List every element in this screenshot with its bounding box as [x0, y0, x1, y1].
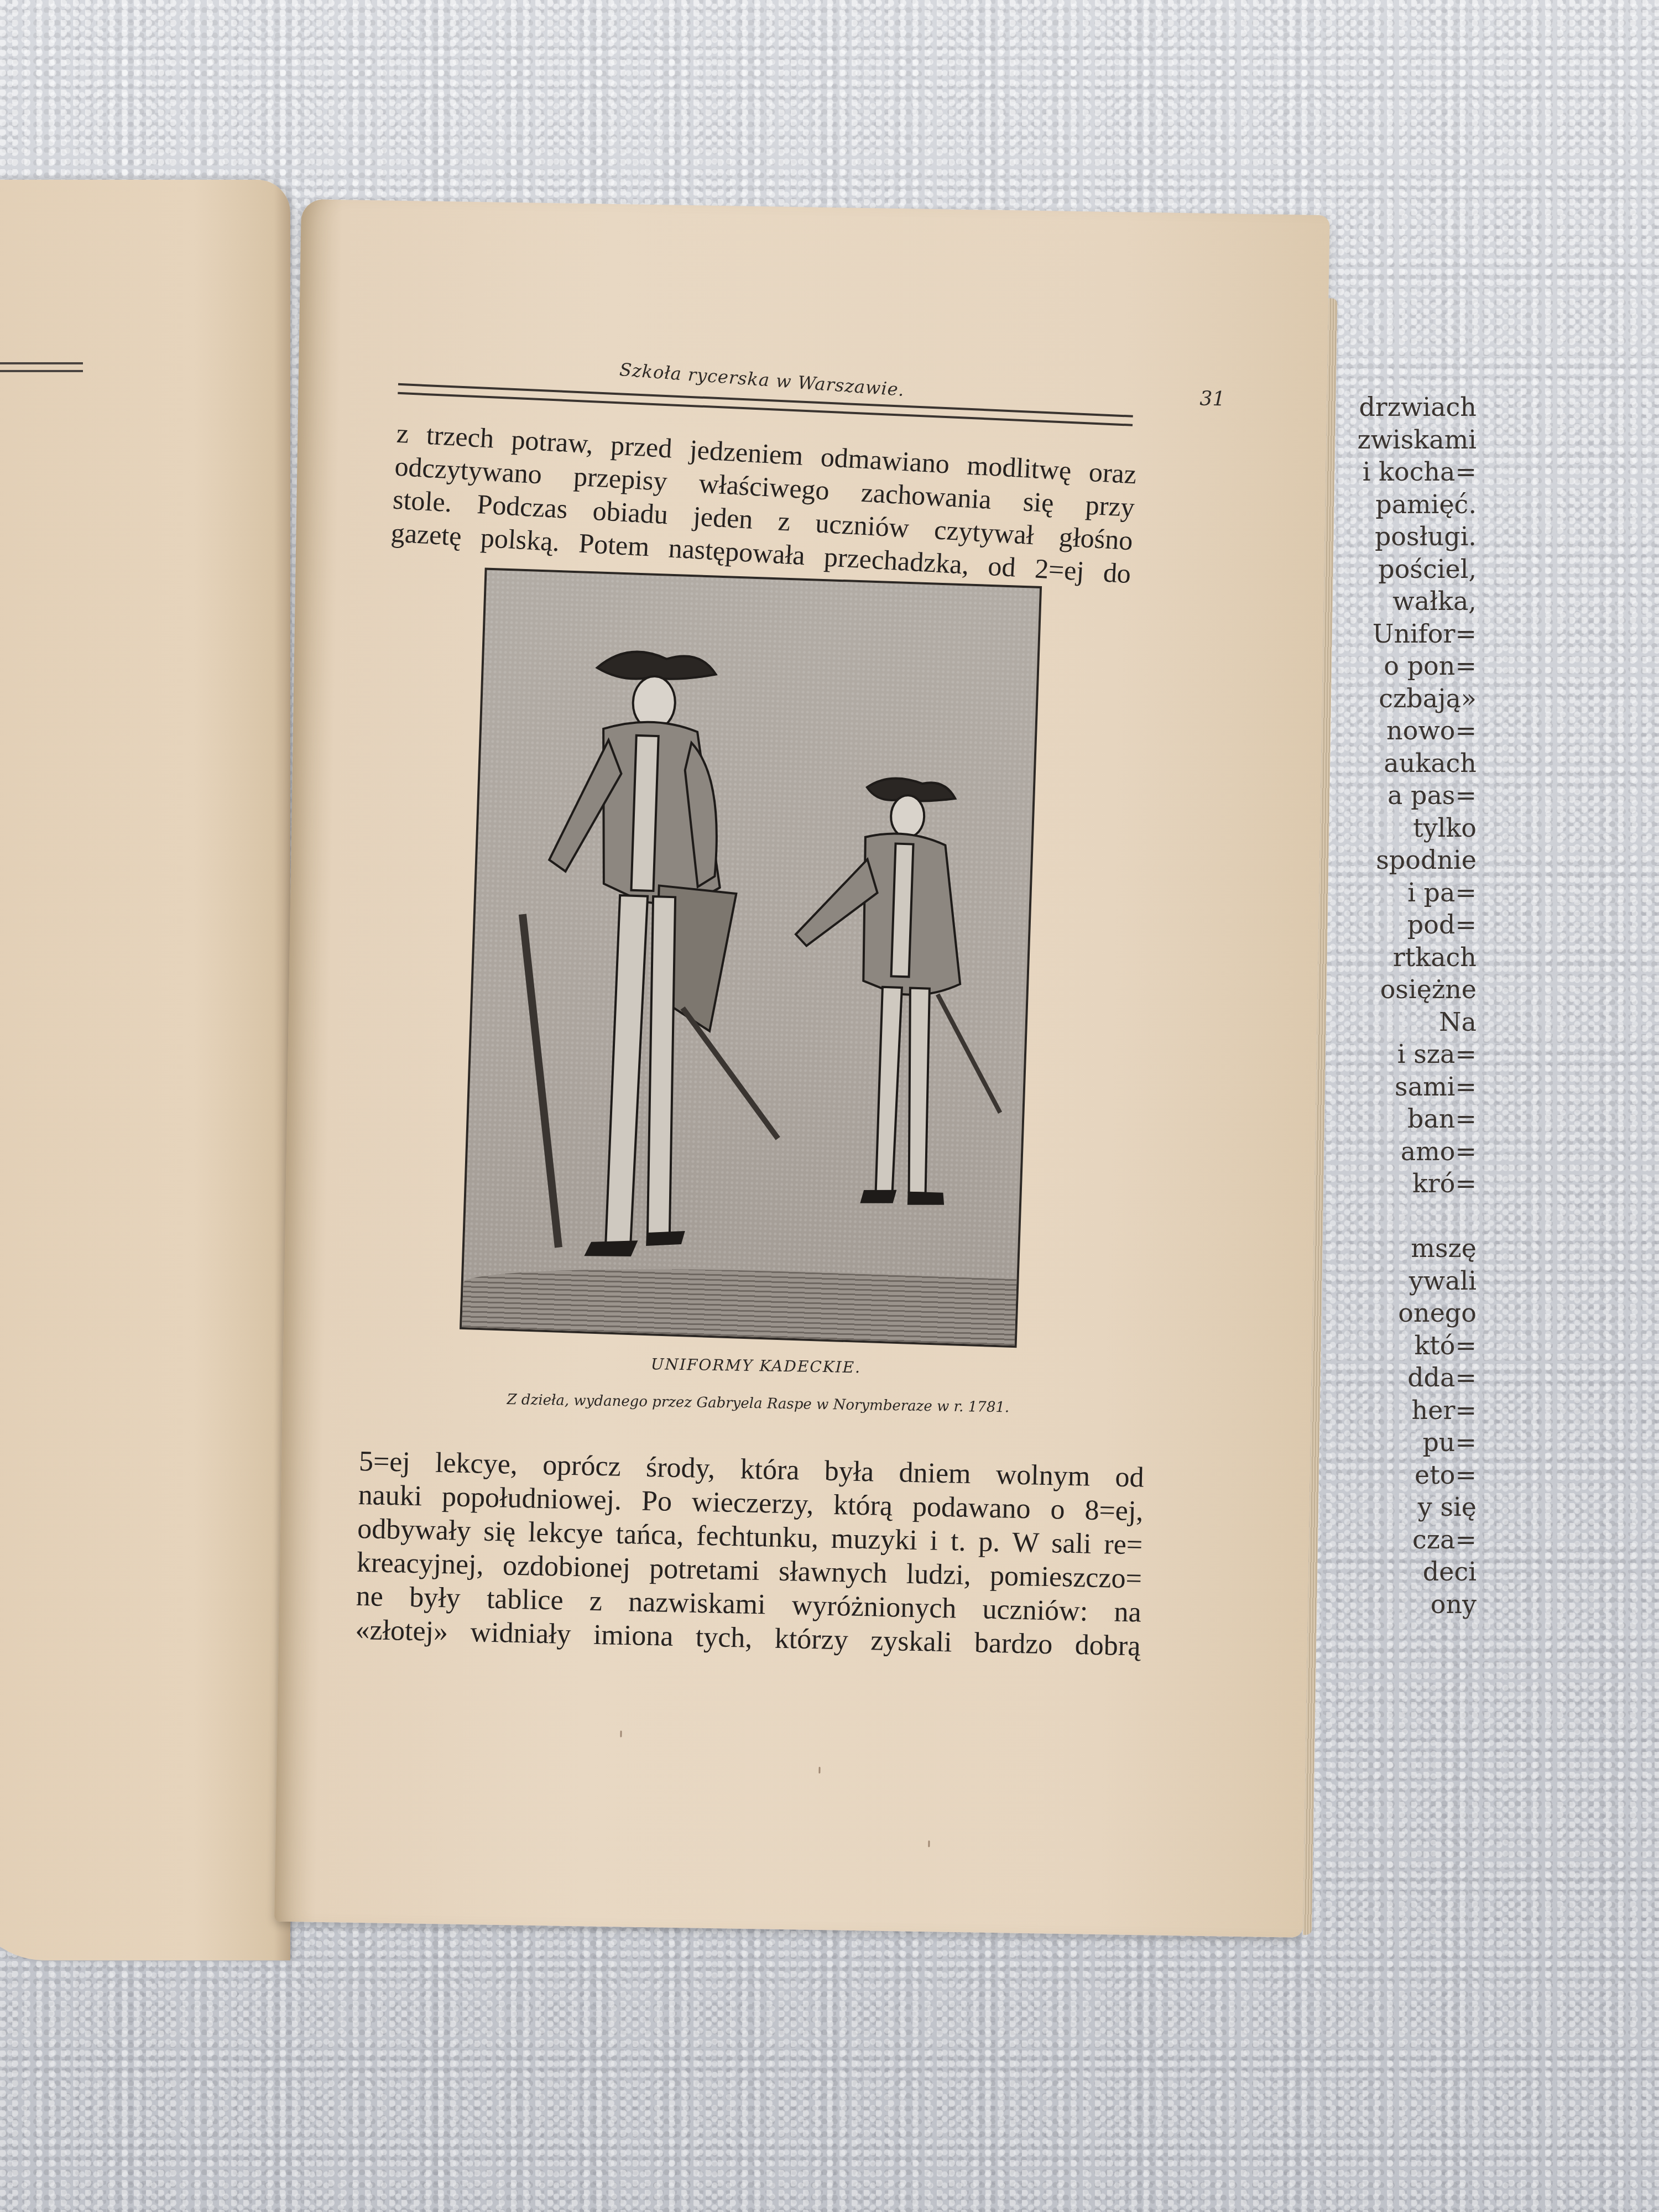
paper-foxing-spot	[928, 1840, 930, 1847]
left-page-line: ywali	[1357, 1265, 1477, 1297]
left-page-line: i sza=	[1357, 1038, 1477, 1071]
left-page-line: Unifor=	[1357, 618, 1477, 650]
left-page-line: her=	[1357, 1394, 1477, 1427]
left-page-line: posługi.	[1357, 520, 1477, 553]
figure-caption-title: UNIFORMY KADECKIE.	[535, 1353, 977, 1379]
right-page: Szkoła rycerska w Warszawie. 31 z trzech…	[274, 199, 1330, 1938]
left-page-line: pod=	[1357, 909, 1477, 941]
left-page-line: rtkach	[1357, 941, 1477, 974]
left-header-rule	[0, 362, 83, 372]
left-page-line: cza=	[1357, 1524, 1477, 1556]
left-page-line: zwiskami	[1357, 424, 1477, 456]
left-page-line: eto=	[1357, 1459, 1477, 1491]
left-page-line: a pas=	[1357, 779, 1477, 812]
left-page-line: wałka,	[1357, 585, 1477, 618]
left-page-line: deci	[1357, 1556, 1477, 1588]
left-page-text-fragments: drzwiachzwiskamii kocha=pamięć.posługi.p…	[1357, 391, 1477, 1620]
left-page-line: czbają»	[1357, 682, 1477, 715]
left-page-line: pościel,	[1357, 553, 1477, 586]
left-page-line: i kocha=	[1357, 456, 1477, 488]
left-page-line: sami=	[1357, 1071, 1477, 1103]
paper-foxing-spot	[620, 1730, 622, 1737]
left-page-line: onego	[1357, 1297, 1477, 1329]
left-page-line: ony	[1357, 1588, 1477, 1621]
left-page-line: Na	[1357, 1006, 1477, 1039]
left-page-line: nowo=	[1357, 714, 1477, 747]
running-head: Szkoła rycerska w Warszawie. 31	[398, 361, 1128, 422]
left-page-line: któ=	[1357, 1329, 1477, 1362]
left-page-line: osiężne	[1357, 973, 1477, 1006]
cadets-illustration	[462, 570, 1040, 1345]
left-page-line: ban=	[1357, 1103, 1477, 1135]
left-page	[0, 180, 290, 1960]
left-page-line: amo=	[1357, 1135, 1477, 1168]
paragraph-bottom: 5=ej lekcye, oprócz środy, która była dn…	[355, 1444, 1144, 1663]
left-page-line: aukach	[1357, 747, 1477, 780]
left-page-line: mszę	[1357, 1232, 1477, 1265]
page-number: 31	[1199, 388, 1225, 411]
engraving-figure	[460, 568, 1042, 1348]
left-page-line: drzwiach	[1357, 391, 1477, 424]
figure-caption-source: Z dzieła, wydanego przez Gabryela Raspe …	[399, 1390, 1118, 1417]
left-page-line: y się	[1357, 1491, 1477, 1524]
short-cadet-figure	[787, 775, 1011, 1207]
left-page-line: tylko	[1357, 812, 1477, 844]
left-page-line: i pa=	[1357, 877, 1477, 909]
left-page-line: o pon=	[1357, 650, 1477, 682]
left-page-line: kró=	[1357, 1167, 1477, 1200]
left-page-line	[1357, 1200, 1477, 1233]
left-page-line: dda=	[1357, 1361, 1477, 1394]
tall-cadet-figure	[512, 648, 794, 1261]
paragraph-top: z trzech potraw, przed jedzeniem odmawia…	[390, 416, 1137, 590]
paper-foxing-spot	[818, 1767, 820, 1773]
left-page-line: spodnie	[1357, 844, 1477, 877]
left-page-line: pu=	[1357, 1426, 1477, 1459]
left-page-line: pamięć.	[1357, 488, 1477, 521]
